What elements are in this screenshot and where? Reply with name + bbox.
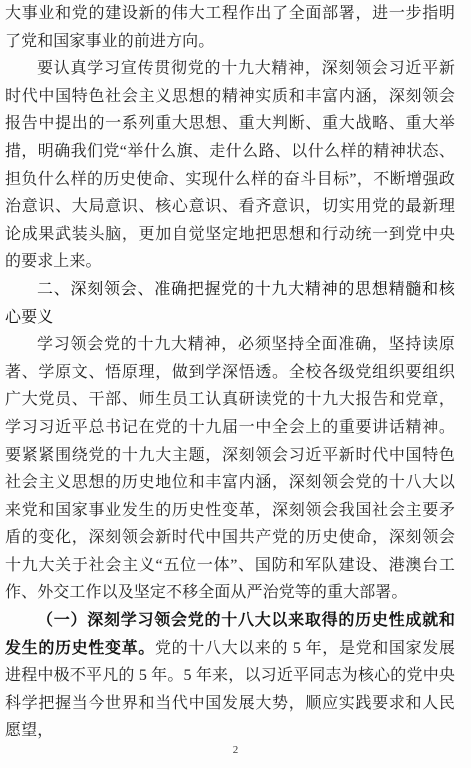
document-page: 大事业和党的建设新的伟大工程作出了全面部署，进一步指明了党和国家事业的前进方向。… bbox=[0, 0, 471, 768]
subsection-paragraph: （一）深刻学习领会党的十八大以来取得的历史性成就和发生的历史性变革。党的十八大以… bbox=[5, 607, 455, 745]
page-number: 2 bbox=[0, 744, 471, 756]
paragraph: 学习领会党的十九大精神，必须坚持全面准确，坚持读原著、学原文、悟原理，做到学深悟… bbox=[5, 331, 455, 607]
text-block: 大事业和党的建设新的伟大工程作出了全面部署，进一步指明了党和国家事业的前进方向。… bbox=[5, 0, 455, 745]
paragraph-continuation: 大事业和党的建设新的伟大工程作出了全面部署，进一步指明了党和国家事业的前进方向。 bbox=[5, 0, 455, 55]
section-heading: 二、深刻领会、准确把握党的十九大精神的思想精髓和核心要义 bbox=[5, 276, 455, 331]
paragraph: 要认真学习宣传贯彻党的十九大精神，深刻领会习近平新时代中国特色社会主义思想的精神… bbox=[5, 55, 455, 276]
